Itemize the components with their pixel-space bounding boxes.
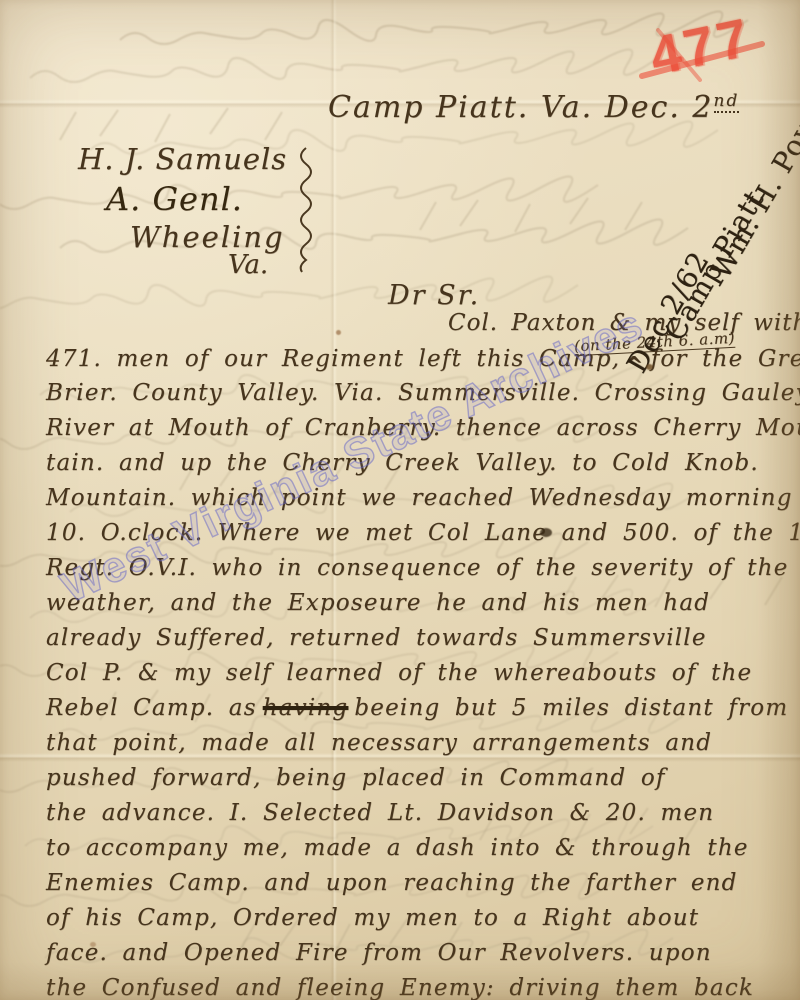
body-line: 10. O.clock. Where we met Col Lane and 5… — [46, 516, 786, 551]
foxing-spot — [90, 942, 96, 947]
body-line: pushed forward, being placed in Command … — [46, 761, 786, 796]
body-line: the advance. I. Selected Lt. Davidson & … — [46, 796, 786, 831]
body-line: tain. and up the Cherry Creek Valley. to… — [46, 446, 786, 481]
body-line-post: beeing but 5 miles distant from — [354, 695, 788, 721]
address-line-state: Va. — [228, 250, 268, 280]
body-line: that point, made all necessary arrangeme… — [46, 726, 786, 761]
body-line: already Suffered, returned towards Summe… — [46, 621, 786, 656]
body-line: weather, and the Exposeure he and his me… — [46, 586, 786, 621]
body-line-pre: Rebel Camp. as — [46, 695, 257, 721]
body-line: 471. men of our Regiment left this Camp,… — [46, 341, 786, 376]
opening-line: Col. Paxton & my self with — [448, 310, 800, 336]
salutation: Dr Sr. — [388, 280, 480, 311]
address-line-recipient: H. J. Samuels — [78, 142, 287, 176]
body-line: face. and Opened Fire from Our Revolvers… — [46, 936, 786, 971]
body-line-with-strikethrough: Rebel Camp. ashavingbeeing but 5 miles d… — [46, 691, 786, 726]
address-line-city: Wheeling — [130, 220, 285, 254]
red-scrawl-strokes — [630, 10, 790, 100]
body-line: River at Mouth of Cranberry. thence acro… — [46, 411, 786, 446]
body-line: Mountain. which point we reached Wednesd… — [46, 481, 786, 516]
body-line: to accompany me, made a dash into & thro… — [46, 831, 786, 866]
struck-word: having — [263, 695, 349, 721]
body-line: Brier. County Valley. Via. Summersville.… — [46, 376, 786, 411]
address-brace-icon — [288, 146, 318, 276]
body-line-pre: 471. men of our Regiment left this Camp, — [46, 346, 620, 372]
body-line: Col P. & my self learned of the whereabo… — [46, 656, 786, 691]
foxing-spot — [336, 330, 341, 335]
body-line: Enemies Camp. and upon reaching the fart… — [46, 866, 786, 901]
letter-page: Camp Piatt. Va. Dec. 2nd H. J. Samuels A… — [0, 0, 800, 1000]
letter-body: 471. men of our Regiment left this Camp,… — [46, 341, 786, 1000]
body-line-post: for the Gren — [651, 346, 800, 372]
ink-blot — [540, 528, 552, 537]
body-line: Regt. O.V.I. who in consequence of the s… — [46, 551, 786, 586]
body-line: the Confused and fleeing Enemy: driving … — [46, 971, 786, 1000]
ink-spot — [646, 364, 653, 370]
body-line: of his Camp, Ordered my men to a Right a… — [46, 901, 786, 936]
address-line-title: A. Genl. — [106, 180, 243, 218]
